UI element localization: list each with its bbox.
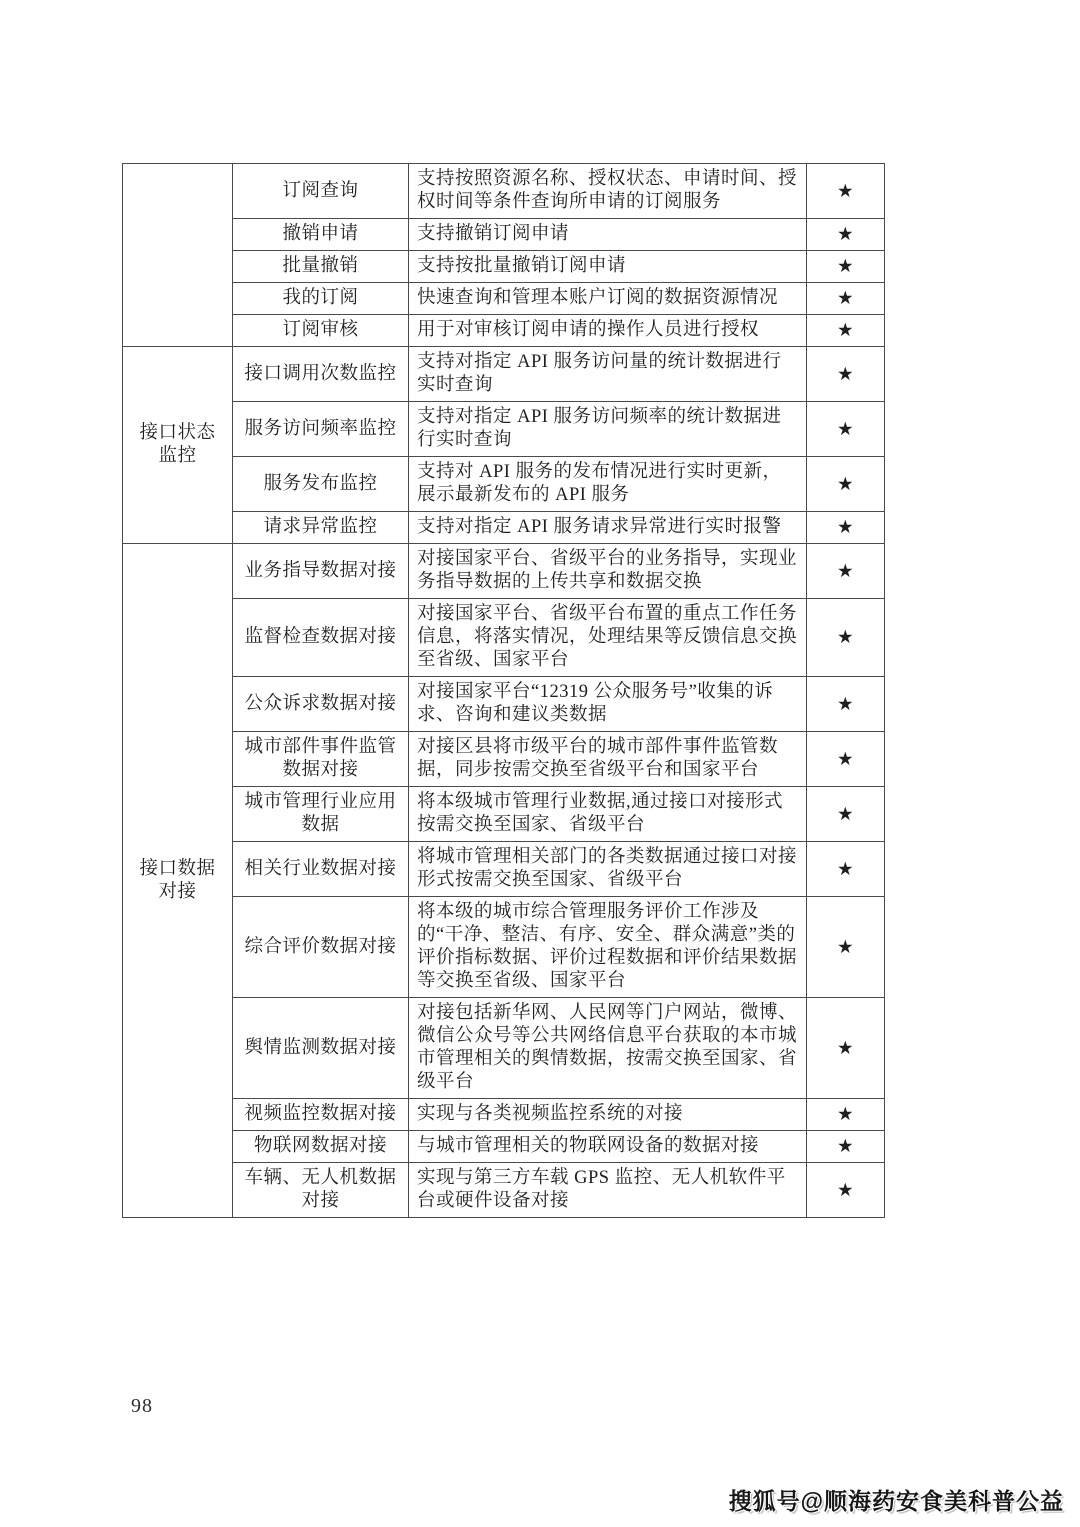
star-cell: ★ bbox=[807, 787, 885, 842]
feature-desc-cell: 支持对指定 API 服务访问频率的统计数据进行实时查询 bbox=[409, 402, 807, 457]
feature-name-cell: 相关行业数据对接 bbox=[233, 842, 409, 897]
star-icon: ★ bbox=[837, 749, 854, 770]
feature-desc-cell: 支持对指定 API 服务请求异常进行实时报警 bbox=[409, 512, 807, 544]
table-row: 服务访问频率监控支持对指定 API 服务访问频率的统计数据进行实时查询★ bbox=[123, 402, 885, 457]
star-icon: ★ bbox=[837, 1136, 854, 1157]
star-cell: ★ bbox=[807, 732, 885, 787]
table-row: 批量撤销支持按批量撤销订阅申请★ bbox=[123, 251, 885, 283]
feature-name-cell: 监督检查数据对接 bbox=[233, 599, 409, 677]
feature-desc-cell: 用于对审核订阅申请的操作人员进行授权 bbox=[409, 315, 807, 347]
table-row: 城市部件事件监管数据对接对接区县将市级平台的城市部件事件监管数据，同步按需交换至… bbox=[123, 732, 885, 787]
star-cell: ★ bbox=[807, 544, 885, 599]
watermark-text: 搜狐号@顺海药安食美科普公益 bbox=[729, 1483, 1064, 1516]
feature-desc-cell: 快速查询和管理本账户订阅的数据资源情况 bbox=[409, 283, 807, 315]
feature-desc-cell: 支持对 API 服务的发布情况进行实时更新，展示最新发布的 API 服务 bbox=[409, 457, 807, 512]
feature-name-cell: 接口调用次数监控 bbox=[233, 347, 409, 402]
star-cell: ★ bbox=[807, 219, 885, 251]
table-row: 监督检查数据对接对接国家平台、省级平台布置的重点工作任务信息，将落实情况，处理结… bbox=[123, 599, 885, 677]
table-row: 接口数据对接业务指导数据对接对接国家平台、省级平台的业务指导，实现业务指导数据的… bbox=[123, 544, 885, 599]
feature-name-cell: 服务访问频率监控 bbox=[233, 402, 409, 457]
feature-desc-cell: 对接区县将市级平台的城市部件事件监管数据，同步按需交换至省级平台和国家平台 bbox=[409, 732, 807, 787]
star-icon: ★ bbox=[837, 804, 854, 825]
star-cell: ★ bbox=[807, 164, 885, 219]
table-row: 视频监控数据对接实现与各类视频监控系统的对接★ bbox=[123, 1099, 885, 1131]
star-icon: ★ bbox=[837, 288, 854, 309]
feature-name-cell: 请求异常监控 bbox=[233, 512, 409, 544]
table-row: 城市管理行业应用数据将本级城市管理行业数据,通过接口对接形式按需交换至国家、省级… bbox=[123, 787, 885, 842]
feature-desc-cell: 将本级城市管理行业数据,通过接口对接形式按需交换至国家、省级平台 bbox=[409, 787, 807, 842]
feature-name-cell: 舆情监测数据对接 bbox=[233, 998, 409, 1099]
star-cell: ★ bbox=[807, 998, 885, 1099]
feature-name-cell: 公众诉求数据对接 bbox=[233, 677, 409, 732]
star-icon: ★ bbox=[837, 1104, 854, 1125]
star-cell: ★ bbox=[807, 347, 885, 402]
star-icon: ★ bbox=[837, 1180, 854, 1201]
feature-desc-cell: 与城市管理相关的物联网设备的数据对接 bbox=[409, 1131, 807, 1163]
feature-name-cell: 视频监控数据对接 bbox=[233, 1099, 409, 1131]
feature-desc-cell: 对接国家平台、省级平台布置的重点工作任务信息，将落实情况，处理结果等反馈信息交换… bbox=[409, 599, 807, 677]
table-row: 车辆、无人机数据对接实现与第三方车载 GPS 监控、无人机软件平台或硬件设备对接… bbox=[123, 1163, 885, 1218]
category-cell: 接口数据对接 bbox=[123, 544, 233, 1218]
feature-desc-cell: 对接包括新华网、人民网等门户网站，微博、微信公众号等公共网络信息平台获取的本市城… bbox=[409, 998, 807, 1099]
star-cell: ★ bbox=[807, 402, 885, 457]
category-cell bbox=[123, 164, 233, 347]
star-cell: ★ bbox=[807, 512, 885, 544]
feature-name-cell: 车辆、无人机数据对接 bbox=[233, 1163, 409, 1218]
table-row: 物联网数据对接与城市管理相关的物联网设备的数据对接★ bbox=[123, 1131, 885, 1163]
table-row: 我的订阅快速查询和管理本账户订阅的数据资源情况★ bbox=[123, 283, 885, 315]
star-icon: ★ bbox=[837, 1038, 854, 1059]
feature-desc-cell: 将城市管理相关部门的各类数据通过接口对接形式按需交换至国家、省级平台 bbox=[409, 842, 807, 897]
feature-name-cell: 业务指导数据对接 bbox=[233, 544, 409, 599]
table-row: 公众诉求数据对接对接国家平台“12319 公众服务号”收集的诉求、咨询和建议类数… bbox=[123, 677, 885, 732]
feature-name-cell: 我的订阅 bbox=[233, 283, 409, 315]
star-icon: ★ bbox=[837, 181, 854, 202]
feature-name-cell: 城市部件事件监管数据对接 bbox=[233, 732, 409, 787]
star-icon: ★ bbox=[837, 517, 854, 538]
star-icon: ★ bbox=[837, 694, 854, 715]
table-row: 接口状态监控接口调用次数监控支持对指定 API 服务访问量的统计数据进行实时查询… bbox=[123, 347, 885, 402]
star-cell: ★ bbox=[807, 1099, 885, 1131]
star-icon: ★ bbox=[837, 256, 854, 277]
star-icon: ★ bbox=[837, 474, 854, 495]
features-table-body: 订阅查询支持按照资源名称、授权状态、申请时间、授权时间等条件查询所申请的订阅服务… bbox=[123, 164, 885, 1218]
table-row: 服务发布监控支持对 API 服务的发布情况进行实时更新，展示最新发布的 API … bbox=[123, 457, 885, 512]
star-cell: ★ bbox=[807, 599, 885, 677]
star-icon: ★ bbox=[837, 419, 854, 440]
feature-name-cell: 服务发布监控 bbox=[233, 457, 409, 512]
table-row: 舆情监测数据对接对接包括新华网、人民网等门户网站，微博、微信公众号等公共网络信息… bbox=[123, 998, 885, 1099]
feature-desc-cell: 支持撤销订阅申请 bbox=[409, 219, 807, 251]
table-row: 相关行业数据对接将城市管理相关部门的各类数据通过接口对接形式按需交换至国家、省级… bbox=[123, 842, 885, 897]
star-cell: ★ bbox=[807, 1131, 885, 1163]
page-number: 98 bbox=[131, 1395, 153, 1418]
star-cell: ★ bbox=[807, 457, 885, 512]
feature-desc-cell: 对接国家平台、省级平台的业务指导，实现业务指导数据的上传共享和数据交换 bbox=[409, 544, 807, 599]
star-cell: ★ bbox=[807, 283, 885, 315]
feature-name-cell: 城市管理行业应用数据 bbox=[233, 787, 409, 842]
star-cell: ★ bbox=[807, 1163, 885, 1218]
feature-desc-cell: 将本级的城市综合管理服务评价工作涉及的“干净、整洁、有序、安全、群众满意”类的评… bbox=[409, 897, 807, 998]
feature-desc-cell: 对接国家平台“12319 公众服务号”收集的诉求、咨询和建议类数据 bbox=[409, 677, 807, 732]
feature-desc-cell: 支持按批量撤销订阅申请 bbox=[409, 251, 807, 283]
star-cell: ★ bbox=[807, 677, 885, 732]
star-cell: ★ bbox=[807, 251, 885, 283]
star-icon: ★ bbox=[837, 224, 854, 245]
feature-desc-cell: 实现与各类视频监控系统的对接 bbox=[409, 1099, 807, 1131]
feature-name-cell: 物联网数据对接 bbox=[233, 1131, 409, 1163]
star-cell: ★ bbox=[807, 315, 885, 347]
table-row: 订阅查询支持按照资源名称、授权状态、申请时间、授权时间等条件查询所申请的订阅服务… bbox=[123, 164, 885, 219]
table-row: 请求异常监控支持对指定 API 服务请求异常进行实时报警★ bbox=[123, 512, 885, 544]
feature-desc-cell: 实现与第三方车载 GPS 监控、无人机软件平台或硬件设备对接 bbox=[409, 1163, 807, 1218]
star-icon: ★ bbox=[837, 937, 854, 958]
star-cell: ★ bbox=[807, 842, 885, 897]
feature-name-cell: 撤销申请 bbox=[233, 219, 409, 251]
feature-name-cell: 批量撤销 bbox=[233, 251, 409, 283]
star-icon: ★ bbox=[837, 364, 854, 385]
category-cell: 接口状态监控 bbox=[123, 347, 233, 544]
feature-name-cell: 订阅查询 bbox=[233, 164, 409, 219]
feature-name-cell: 订阅审核 bbox=[233, 315, 409, 347]
table-row: 综合评价数据对接将本级的城市综合管理服务评价工作涉及的“干净、整洁、有序、安全、… bbox=[123, 897, 885, 998]
feature-name-cell: 综合评价数据对接 bbox=[233, 897, 409, 998]
star-icon: ★ bbox=[837, 859, 854, 880]
table-row: 订阅审核用于对审核订阅申请的操作人员进行授权★ bbox=[123, 315, 885, 347]
table-row: 撤销申请支持撤销订阅申请★ bbox=[123, 219, 885, 251]
star-icon: ★ bbox=[837, 561, 854, 582]
star-icon: ★ bbox=[837, 320, 854, 341]
document-page: 订阅查询支持按照资源名称、授权状态、申请时间、授权时间等条件查询所申请的订阅服务… bbox=[0, 0, 1080, 1527]
star-cell: ★ bbox=[807, 897, 885, 998]
feature-desc-cell: 支持按照资源名称、授权状态、申请时间、授权时间等条件查询所申请的订阅服务 bbox=[409, 164, 807, 219]
star-icon: ★ bbox=[837, 627, 854, 648]
features-table: 订阅查询支持按照资源名称、授权状态、申请时间、授权时间等条件查询所申请的订阅服务… bbox=[122, 163, 885, 1218]
feature-desc-cell: 支持对指定 API 服务访问量的统计数据进行实时查询 bbox=[409, 347, 807, 402]
